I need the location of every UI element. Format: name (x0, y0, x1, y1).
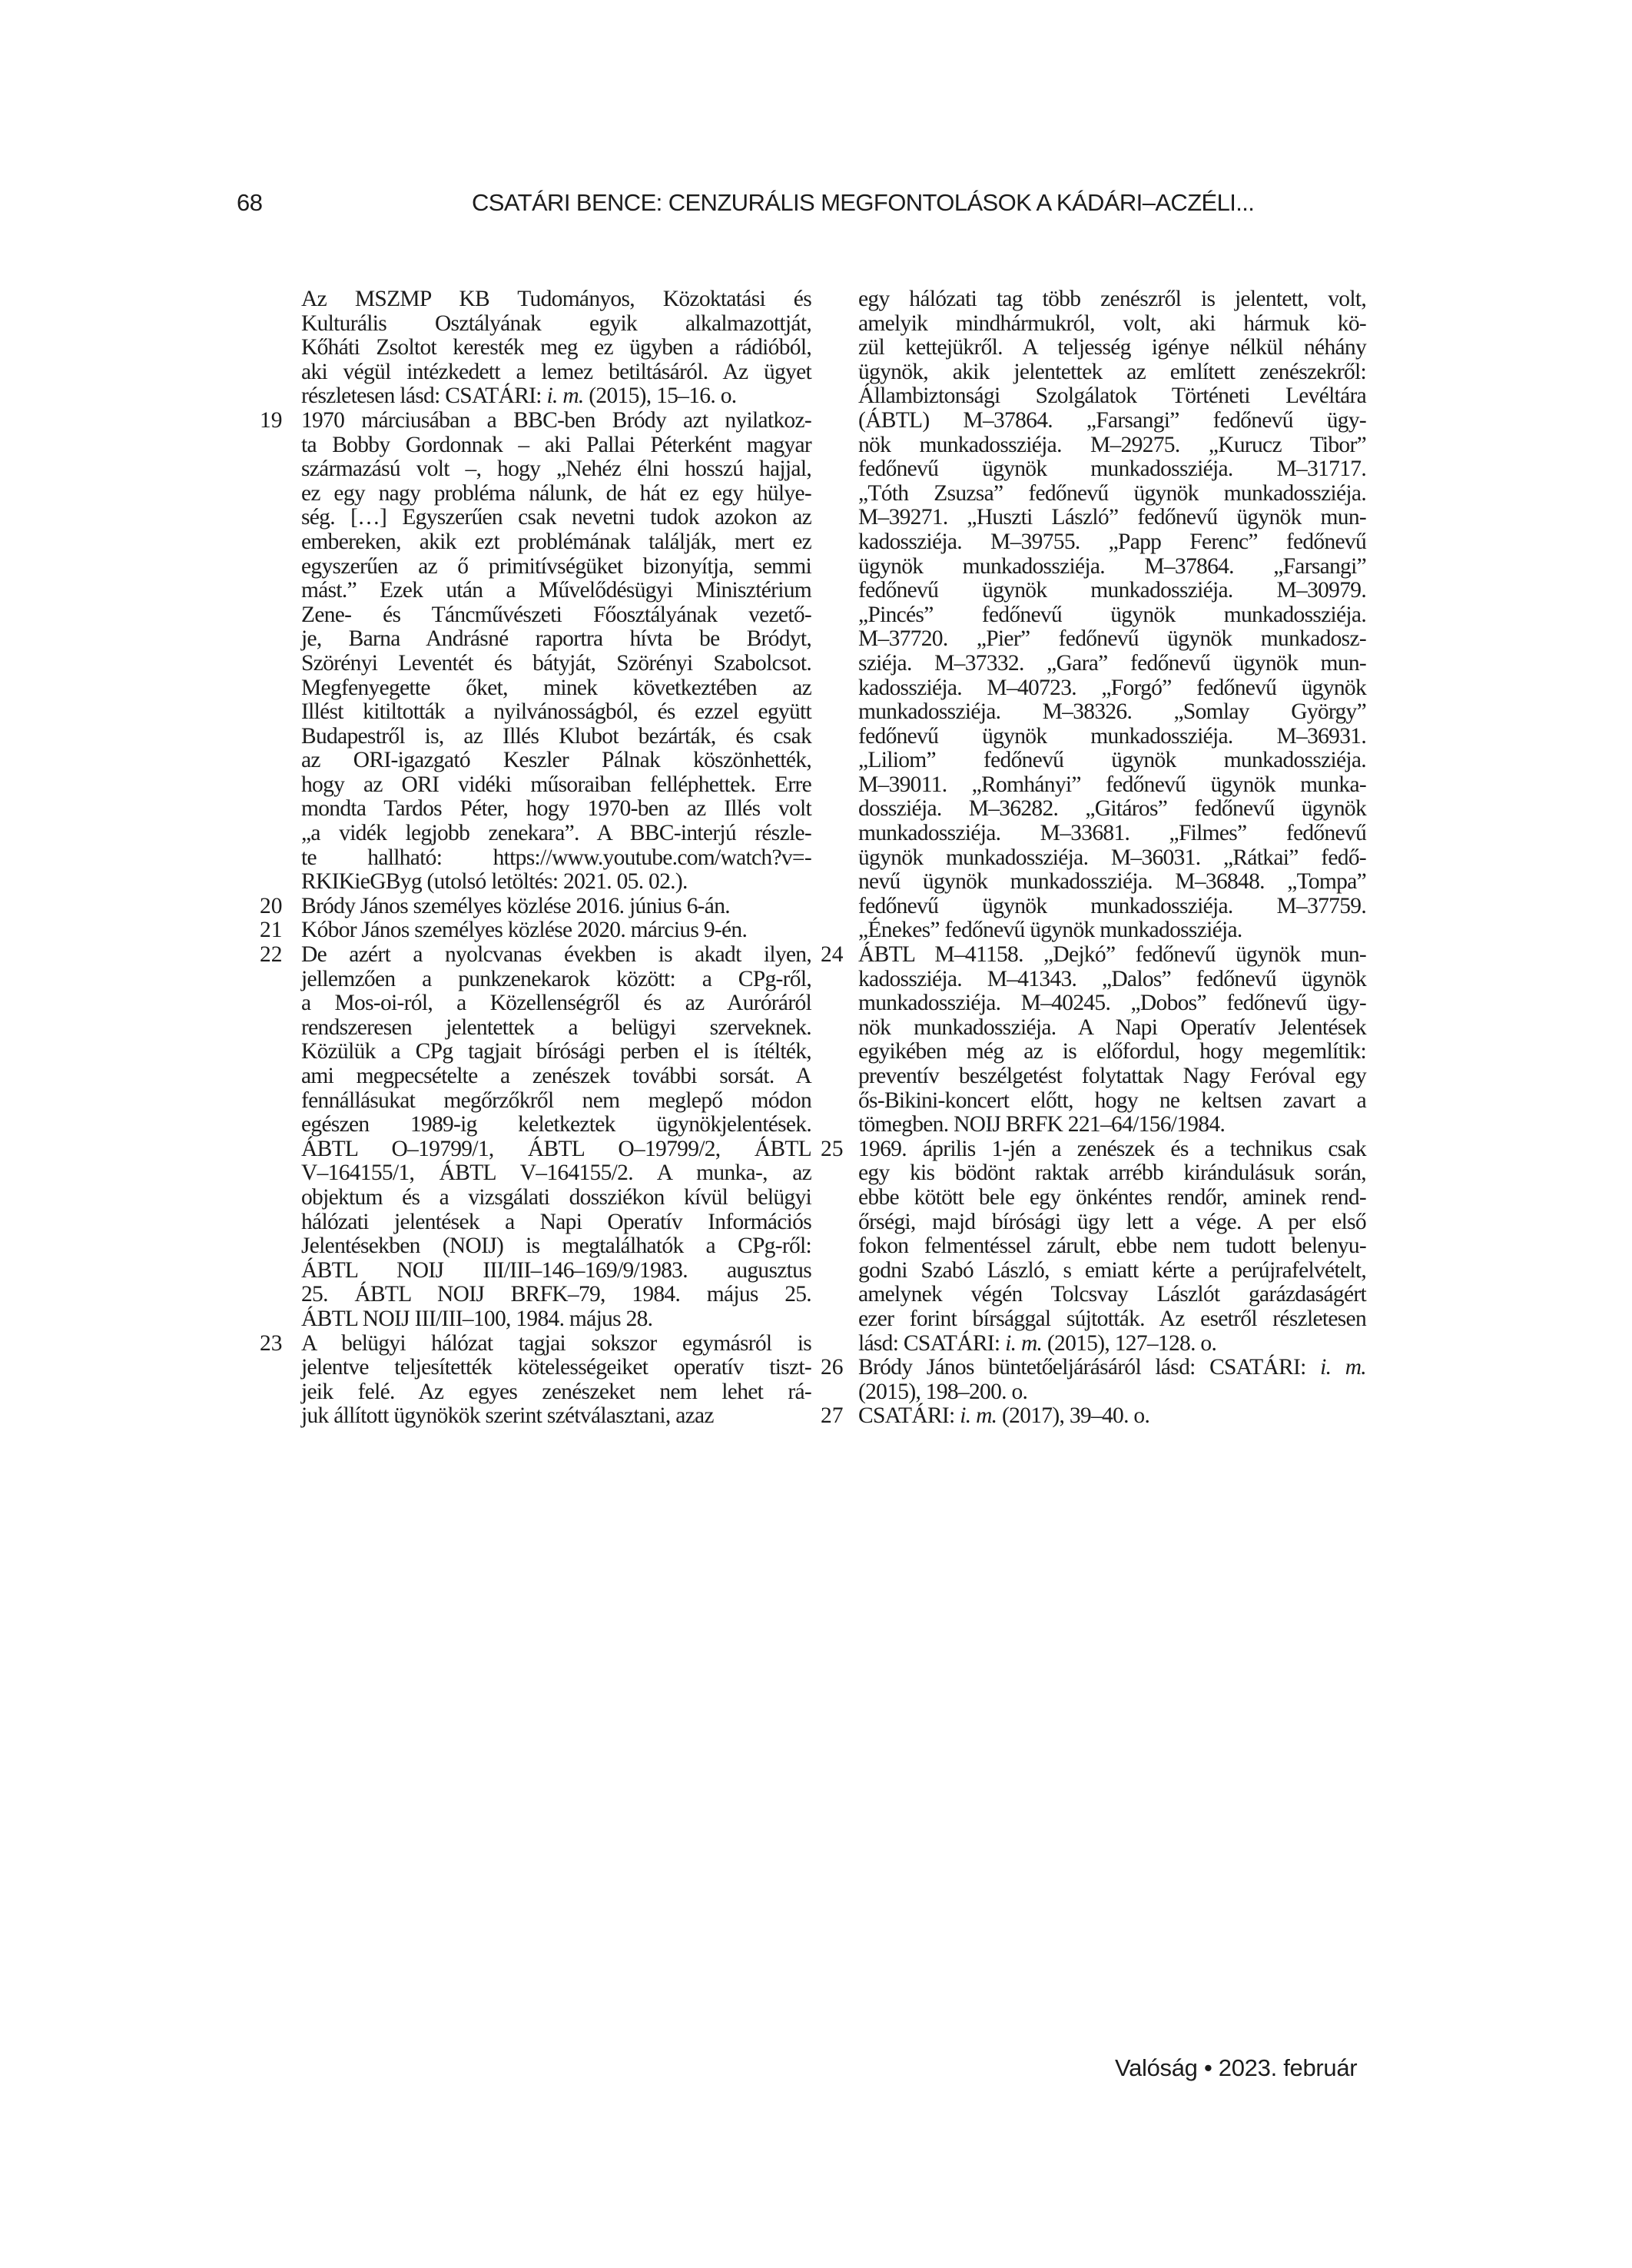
footnote-text-line: Szörényi Leventét és bátyját, Szörényi S… (301, 652, 811, 676)
footnote-text-line: ÁBTL O–19799/1, ÁBTL O–19799/2, ÁBTL (301, 1137, 811, 1162)
footnote-text-line: fedőnevű ügynök munkadossziéja. M–36931. (858, 725, 1366, 749)
footnote-text-line: Zene- és Táncművészeti Főosztályának vez… (301, 603, 811, 628)
footnote-number: 25 (821, 1137, 851, 1162)
footnote-text-line: ÁBTL NOIJ III/III–100, 1984. május 28. (301, 1307, 811, 1332)
citation-abbreviation: i. m. (546, 384, 583, 408)
footnote-number: 26 (821, 1356, 851, 1380)
footnote-20: 20Bródy János személyes közlése 2016. jú… (254, 895, 811, 919)
footnote-text-line: munkadossziéja. M–33681. „Filmes” fedőne… (858, 822, 1366, 846)
footnote-text-line: Megfenyegette őket, minek következtében … (301, 676, 811, 701)
footnote-text-line: zül kettejükről. A teljesség igénye nélk… (858, 336, 1366, 360)
footnote-text-line: (ÁBTL) M–37864. „Farsangi” fedőnevű ügy- (858, 409, 1366, 433)
footnote-text-line: hogy az ORI vidéki műsoraiban felléphett… (301, 773, 811, 798)
footnote-text-line: „Tóth Zsuzsa” fedőnevű ügynök munkadossz… (858, 482, 1366, 506)
footnote-text-line: CSATÁRI: i. m. (2017), 39–40. o. (858, 1404, 1366, 1429)
footnote-text-line: őrségi, majd bírósági ügy lett a vége. A… (858, 1210, 1366, 1235)
footnote-19: 191970 márciusában a BBC-ben Bródy azt n… (254, 409, 811, 895)
footnote-text-line: te hallható: https://www.youtube.com/wat… (301, 846, 811, 871)
footnote-text-line: ez egy nagy probléma nálunk, de hát ez e… (301, 482, 811, 506)
footnote-text-line: Az MSZMP KB Tudományos, Közoktatási és (301, 287, 811, 312)
footnote-text-line: jellemzően a punkzenekarok között: a CPg… (301, 968, 811, 992)
footnote-text-line: 1970 márciusában a BBC-ben Bródy azt nyi… (301, 409, 811, 433)
footnote-text-line: Jelentésekben (NOIJ) is megtalálhatók a … (301, 1234, 811, 1259)
footnote-text-line: V–164155/1, ÁBTL V–164155/2. A munka-, a… (301, 1161, 811, 1186)
footnote-text-line: amelyik mindhármukról, volt, aki hármuk … (858, 312, 1366, 337)
footnote-text-line: juk állított ügynökök szerint szétválasz… (301, 1404, 811, 1429)
footnote-text-line: „Liliom” fedőnevű ügynök munkadossziéja. (858, 749, 1366, 773)
footnote-text-line: fedőnevű ügynök munkadossziéja. M–37759. (858, 895, 1366, 919)
footnote-text-line: 1969. április 1-jén a zenészek és a tech… (858, 1137, 1366, 1162)
footnote-text-line: (2015), 198–200. o. (858, 1380, 1366, 1405)
footnote-24: 24ÁBTL M–41158. „Dejkó” fedőnevű ügynök … (814, 943, 1366, 1137)
footnote-text-line: Kőháti Zsoltot keresték meg ez ügyben a … (301, 336, 811, 360)
footnote-text-line: fedőnevű ügynök munkadossziéja. M–31717. (858, 457, 1366, 482)
footnote-text-line: „a vidék legjobb zenekara”. A BBC-interj… (301, 822, 811, 846)
footnote-text-line: Állambiztonsági Szolgálatok Történeti Le… (858, 384, 1366, 409)
footnote-text-line: egyikében még az is előfordul, hogy mege… (858, 1040, 1366, 1064)
footnote-number: 21 (260, 918, 290, 943)
footnote-text-line: ta Bobby Gordonnak – aki Pallai Péterkén… (301, 433, 811, 458)
footnotes-right-column: egy hálózati tag több zenészről is jelen… (814, 287, 1366, 1429)
footnote-text-line: ami megpecsételte a zenészek további sor… (301, 1064, 811, 1089)
footnote-text-line: ebbe kötött bele egy önkéntes rendőr, am… (858, 1186, 1366, 1210)
citation-abbreviation: i. m. (1320, 1355, 1366, 1380)
footnote-text-line: lásd: CSATÁRI: i. m. (2015), 127–128. o. (858, 1332, 1366, 1356)
footnote-text-line: ség. […] Egyszerűen csak nevetni tudok a… (301, 506, 811, 530)
footnote-text-line: nök munkadossziéja. A Napi Operatív Jele… (858, 1016, 1366, 1041)
footnote-text-line: fennállásukat megőrzőkről nem meglepő mó… (301, 1089, 811, 1114)
footnote-text-line: je, Barna Andrásné raportra hívta be Bró… (301, 627, 811, 652)
footnote-number: 19 (260, 409, 290, 433)
footnote-text-line: jeik felé. Az egyes zenészeket nem lehet… (301, 1380, 811, 1405)
footnote-text-line: Budapestről is, az Illés Klubot bezárták… (301, 725, 811, 749)
footnote-text-line: fokon felmentéssel zárult, ebbe nem tudo… (858, 1234, 1366, 1259)
footnote-text-line: az ORI-igazgató Keszler Pálnak köszönhet… (301, 749, 811, 773)
footnote-text-line: preventív beszélgetést folytattak Nagy F… (858, 1064, 1366, 1089)
footnote-text-line: tömegben. NOIJ BRFK 221–64/156/1984. (858, 1113, 1366, 1137)
footnote-number: 24 (821, 943, 851, 968)
footnote-text-line: „Pincés” fedőnevű ügynök munkadossziéja. (858, 603, 1366, 628)
footnote-text-line: Kóbor János személyes közlése 2020. márc… (301, 918, 811, 943)
footnote-text-line: Bródy János személyes közlése 2016. júni… (301, 895, 811, 919)
citation-abbreviation: i. m. (1005, 1331, 1042, 1356)
footnote-text-line: a Mos-oi-ról, a Közellenségről és az Aur… (301, 991, 811, 1016)
footnote-number: 27 (821, 1404, 851, 1429)
footnote-text-line: M–37720. „Pier” fedőnevű ügynök munkados… (858, 627, 1366, 652)
footnote-text-line: fedőnevű ügynök munkadossziéja. M–30979. (858, 579, 1366, 603)
footnote-text-line: egyszerűen az ő primitívségüket bizonyít… (301, 555, 811, 579)
footnote-text-line: kadossziéja. M–41343. „Dalos” fedőnevű ü… (858, 968, 1366, 992)
footnote-text-line: ügynök munkadossziéja. M–36031. „Rátkai”… (858, 846, 1366, 871)
footnote-text-line: amelynek végén Tolcsvay Lászlót garázdas… (858, 1283, 1366, 1307)
footnote-text-line: 25. ÁBTL NOIJ BRFK–79, 1984. május 25. (301, 1283, 811, 1307)
footnote-text-line: Közülük a CPg tagjait bírósági perben el… (301, 1040, 811, 1064)
footnote-text-line: ÁBTL NOIJ III/III–146–169/9/1983. augusz… (301, 1259, 811, 1283)
footnote-text-line: „Énekes” fedőnevű ügynök munkadossziéja. (858, 918, 1366, 943)
footnote-text-line: ügynök, akik jelentettek az említett zen… (858, 360, 1366, 385)
footnote-text-line: jelentve teljesítették kötelességeiket o… (301, 1356, 811, 1380)
footnote-text-line: rendszeresen jelentettek a belügyi szerv… (301, 1016, 811, 1041)
footnote-text-line: nevű ügynök munkadossziéja. M–36848. „To… (858, 870, 1366, 895)
footnote-number: 23 (260, 1332, 290, 1356)
footnote-text-line: egy kis bödönt raktak arrébb kirándulásu… (858, 1161, 1366, 1186)
running-title: CSATÁRI BENCE: CENZURÁLIS MEGFONTOLÁSOK … (472, 189, 1371, 217)
footnote-text-line: munkadossziéja. M–40245. „Dobos” fedőnev… (858, 991, 1366, 1016)
footnote-26: 26Bródy János büntetőeljárásáról lásd: C… (814, 1356, 1366, 1404)
footnote-21: 21Kóbor János személyes közlése 2020. má… (254, 918, 811, 943)
footnote-text-line: ős-Bikini-koncert előtt, hogy ne keltsen… (858, 1089, 1366, 1114)
footnote-text-line: egészen 1989-ig keletkeztek ügynökjelent… (301, 1113, 811, 1137)
footer-issue-label: Valóság • 2023. február (1115, 2054, 1357, 2082)
footnotes-left-column: Az MSZMP KB Tudományos, Közoktatási ésKu… (254, 287, 811, 1429)
footnote-text-line: M–39271. „Huszti László” fedőnevű ügynök… (858, 506, 1366, 530)
footnote-text-line: részletesen lásd: CSATÁRI: i. m. (2015),… (301, 384, 811, 409)
footnote-text-line: ÁBTL M–41158. „Dejkó” fedőnevű ügynök mu… (858, 943, 1366, 968)
footnote-text-line: aki végül intézkedett a lemez betiltásár… (301, 360, 811, 385)
citation-abbreviation: i. m. (960, 1403, 997, 1428)
footnote-number: 20 (260, 895, 290, 919)
footnote-text-line: Kulturális Osztályának egyik alkalmazott… (301, 312, 811, 337)
footnote-text-line: mást.” Ezek után a Művelődésügyi Miniszt… (301, 579, 811, 603)
footnote-text-line: dossziéja. M–36282. „Gitáros” fedőnevű ü… (858, 797, 1366, 822)
footnote-text-line: munkadossziéja. M–38326. „Somlay György” (858, 700, 1366, 725)
footnote-text-line: kadossziéja. M–39755. „Papp Ferenc” fedő… (858, 530, 1366, 555)
footnote-text-line: hálózati jelentések a Napi Operatív Info… (301, 1210, 811, 1235)
footnote-text-line: ezer forint bírsággal sújtották. Az eset… (858, 1307, 1366, 1332)
footnote-continuation: Az MSZMP KB Tudományos, Közoktatási ésKu… (254, 287, 811, 409)
footnote-text-line: objektum és a vizsgálati dossziékon kívü… (301, 1186, 811, 1210)
footnote-25: 251969. április 1-jén a zenészek és a te… (814, 1137, 1366, 1356)
footnote-text-line: A belügyi hálózat tagjai sokszor egymásr… (301, 1332, 811, 1356)
footnote-text-line: származású volt –, hogy „Nehéz élni hoss… (301, 457, 811, 482)
footnote-text-line: mondta Tardos Péter, hogy 1970-ben az Il… (301, 797, 811, 822)
footnote-continuation: egy hálózati tag több zenészről is jelen… (814, 287, 1366, 943)
footnote-number: 22 (260, 943, 290, 968)
footnote-text-line: M–39011. „Romhányi” fedőnevű ügynök munk… (858, 773, 1366, 798)
footnote-text-line: embereken, akik ezt problémának találják… (301, 530, 811, 555)
footnote-27: 27CSATÁRI: i. m. (2017), 39–40. o. (814, 1404, 1366, 1429)
footnote-text-line: Illést kitiltották a nyilvánosságból, és… (301, 700, 811, 725)
footnote-text-line: RKIKieGByg (utolsó letöltés: 2021. 05. 0… (301, 870, 811, 895)
footnote-text-line: De azért a nyolcvanas években is akadt i… (301, 943, 811, 968)
footnote-text-line: godni Szabó László, s emiatt kérte a per… (858, 1259, 1366, 1283)
footnote-text-line: egy hálózati tag több zenészről is jelen… (858, 287, 1366, 312)
footnote-text-line: nök munkadossziéja. M–29275. „Kurucz Tib… (858, 433, 1366, 458)
footnote-text-line: ügynök munkadossziéja. M–37864. „Farsang… (858, 555, 1366, 579)
footnote-text-line: Bródy János büntetőeljárásáról lásd: CSA… (858, 1356, 1366, 1380)
page-number: 68 (237, 189, 262, 217)
footnote-text-line: kadossziéja. M–40723. „Forgó” fedőnevű ü… (858, 676, 1366, 701)
footnote-22: 22De azért a nyolcvanas években is akadt… (254, 943, 811, 1332)
footnote-23: 23A belügyi hálózat tagjai sokszor egymá… (254, 1332, 811, 1429)
footnote-text-line: sziéja. M–37332. „Gara” fedőnevű ügynök … (858, 652, 1366, 676)
